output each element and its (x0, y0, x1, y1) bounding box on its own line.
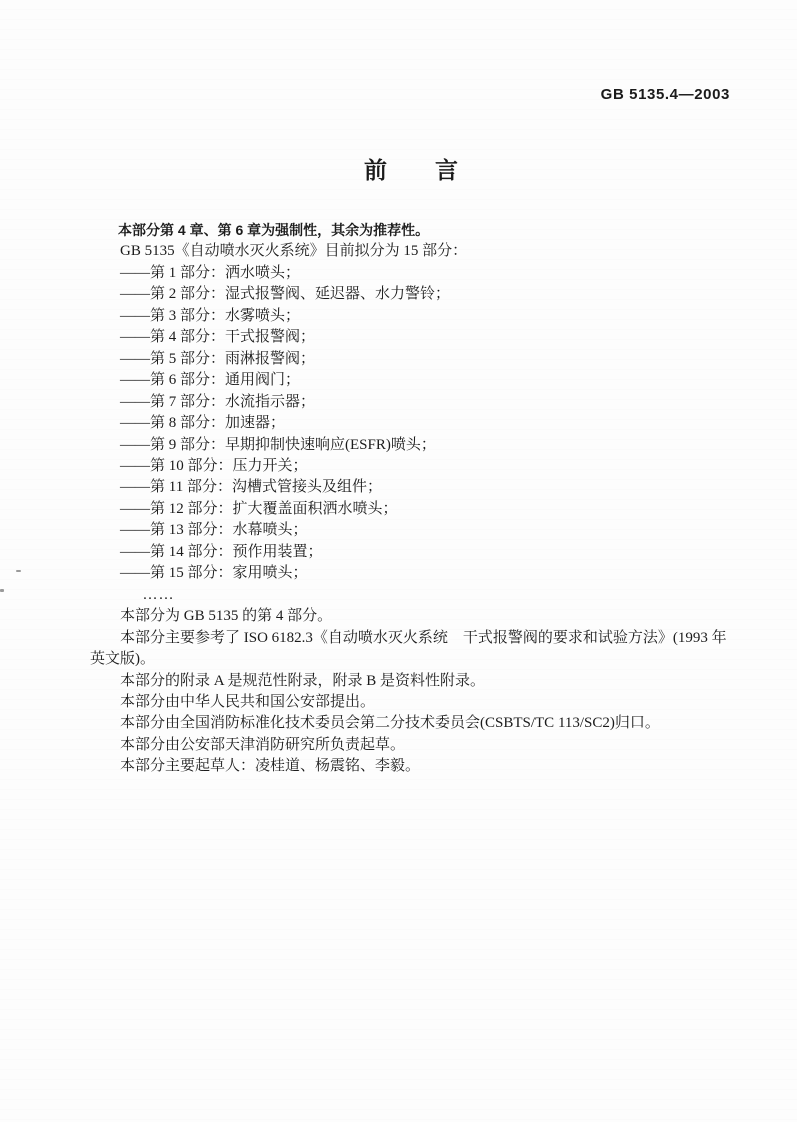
part-list-item-2: ——第 2 部分：湿式报警阀、延迟器、水力警铃； (90, 284, 732, 305)
title-char-second: 言 (435, 156, 458, 184)
part-list-item-6: ——第 6 部分：通用阀门； (90, 370, 732, 391)
part-list-item-8: ——第 8 部分：加速器； (90, 413, 732, 434)
closing-paragraph-proposer: 本部分由中华人民共和国公安部提出。 (90, 692, 732, 713)
part-list-item-12: ——第 12 部分：扩大覆盖面积洒水喷头； (90, 499, 732, 520)
standard-code: GB 5135.4—2003 (601, 87, 730, 103)
series-note: GB 5135《自动喷水灭火系统》目前拟分为 15 部分： (90, 241, 732, 262)
part-list-item-13: ——第 13 部分：水幕喷头； (90, 520, 732, 541)
part-list-item-5: ——第 5 部分：雨淋报警阀； (90, 349, 732, 370)
closing-paragraph-part-of: 本部分为 GB 5135 的第 4 部分。 (90, 606, 732, 627)
part-list-item-3: ——第 3 部分：水雾喷头； (90, 306, 732, 327)
part-list-item-15: ——第 15 部分：家用喷头； (90, 563, 732, 584)
part-list-item-14: ——第 14 部分：预作用装置； (90, 542, 732, 563)
scan-speck (16, 570, 21, 572)
closing-paragraph-authors: 本部分主要起草人：凌桂道、杨震铭、李毅。 (90, 756, 732, 777)
part-list-item-9: ——第 9 部分：早期抑制快速响应(ESFR)喷头； (90, 435, 732, 456)
part-list-item-4: ——第 4 部分：干式报警阀； (90, 327, 732, 348)
part-list-item-11: ——第 11 部分：沟槽式管接头及组件； (90, 477, 732, 498)
page-title: 前 言 (90, 156, 732, 184)
part-list-item-7: ——第 7 部分：水流指示器； (90, 392, 732, 413)
document-page: GB 5135.4—2003 前 言 本部分第 4 章、第 6 章为强制性，其余… (0, 0, 797, 1122)
closing-paragraph-drafter: 本部分由公安部天津消防研究所负责起草。 (90, 735, 732, 756)
part-list-item-10: ——第 10 部分：压力开关； (90, 456, 732, 477)
title-char-first: 前 (364, 156, 387, 184)
scan-speck (0, 589, 4, 592)
closing-paragraph-annexes: 本部分的附录 A 是规范性附录，附录 B 是资料性附录。 (90, 671, 732, 692)
closing-paragraph-reference: 本部分主要参考了 ISO 6182.3《自动喷水灭火系统 干式报警阀的要求和试验… (90, 628, 732, 671)
closing-paragraph-committee: 本部分由全国消防标准化技术委员会第二分技术委员会(CSBTS/TC 113/SC… (90, 713, 732, 734)
body-text: 本部分第 4 章、第 6 章为强制性，其余为推荐性。 GB 5135《自动喷水灭… (90, 220, 732, 778)
part-list-ellipsis: …… (90, 585, 732, 606)
part-list-item-1: ——第 1 部分：洒水喷头； (90, 263, 732, 284)
mandatory-note: 本部分第 4 章、第 6 章为强制性，其余为推荐性。 (90, 220, 732, 241)
